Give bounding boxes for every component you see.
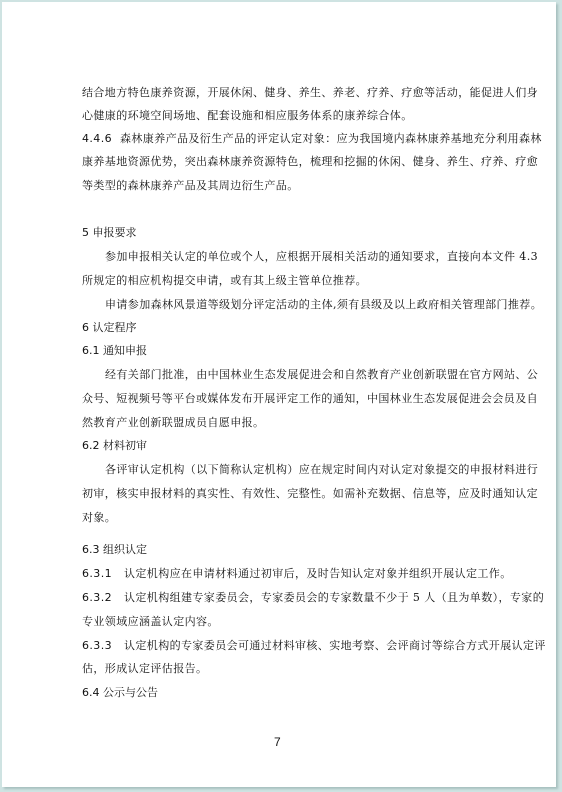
section-heading-6: 6 认定程序 [82, 321, 137, 335]
paragraph-line: 经有关部门批准，由中国林业生态发展促进会和自然教育产业创新联盟在官方网站、公 [105, 368, 538, 382]
section-heading-6-3: 6.3 组织认定 [82, 543, 147, 557]
section-heading-6-1: 6.1 通知申报 [82, 344, 147, 358]
section-heading-6-4: 6.4 公示与公告 [82, 686, 158, 700]
clause-text: 森林康养产品及衍生产品的评定认定对象：应为我国境内森林康养基地充分利用森林 [120, 132, 542, 145]
clause-number: 6.3.1 [82, 567, 112, 580]
document-page: 结合地方特色康养资源，开展休闲、健身、养生、养老、疗养、疗愈等活动，能促进人们身… [2, 2, 556, 787]
paragraph-line: 申请参加森林风景道等级划分评定活动的主体,须有县级及以上政府相关管理部门推荐。 [105, 298, 542, 312]
clause-6-3-3: 6.3.3认定机构的专家委员会可通过材料审核、实地考察、会评商讨等综合方式开展认… [82, 639, 546, 653]
section-heading-6-2: 6.2 材料初审 [82, 439, 147, 453]
paragraph-line: 所规定的相应机构提交申请，或有其上级主管单位推荐。 [82, 274, 367, 288]
paragraph-line: 参加申报相关认定的单位或个人，应根据开展相关活动的通知要求，直接向本文件 4.3 [105, 250, 538, 264]
paragraph-line: 对象。 [82, 511, 116, 525]
paragraph-line: 各评审认定机构（以下简称认定机构）应在规定时间内对认定对象提交的申报材料进行 [105, 463, 538, 477]
paragraph-line: 心健康的环境空间场地、配套设施和相应服务体系的康养综合体。 [82, 109, 413, 123]
clause-text: 认定机构组建专家委员会，专家委员会的专家数量不少于 5 人（且为单数），专家的 [124, 591, 544, 604]
clause-4-4-6: 4.4.6森林康养产品及衍生产品的评定认定对象：应为我国境内森林康养基地充分利用… [82, 132, 542, 146]
paragraph-line: 估，形成认定评估报告。 [82, 662, 207, 676]
paragraph-line: 众号、短视频号等平台或媒体发布开展评定工作的通知，中国林业生态发展促进会会员及自 [82, 392, 538, 406]
clause-6-3-1: 6.3.1认定机构应在申请材料通过初审后，及时告知认定对象并组织开展认定工作。 [82, 567, 512, 581]
paragraph-line: 等类型的森林康养产品及其周边衍生产品。 [82, 179, 299, 193]
paragraph-line: 结合地方特色康养资源，开展休闲、健身、养生、养老、疗养、疗愈等活动，能促进人们身 [82, 86, 538, 100]
paragraph-line: 专业领域应涵盖认定内容。 [82, 615, 219, 629]
clause-6-3-2: 6.3.2认定机构组建专家委员会，专家委员会的专家数量不少于 5 人（且为单数）… [82, 591, 544, 605]
paragraph-line: 康养基地资源优势，突出森林康养资源特色，梳理和挖掘的休闲、健身、养生、疗养、疗愈 [82, 155, 538, 169]
clause-text: 认定机构的专家委员会可通过材料审核、实地考察、会评商讨等综合方式开展认定评 [124, 639, 546, 652]
page-number: 7 [274, 735, 281, 749]
clause-text: 认定机构应在申请材料通过初审后，及时告知认定对象并组织开展认定工作。 [124, 567, 512, 580]
clause-number: 4.4.6 [82, 132, 112, 145]
clause-number: 6.3.3 [82, 639, 112, 652]
paragraph-line: 然教育产业创新联盟成员自愿申报。 [82, 416, 264, 430]
section-heading-5: 5 申报要求 [82, 226, 137, 240]
clause-number: 6.3.2 [82, 591, 112, 604]
paragraph-line: 初审，核实申报材料的真实性、有效性、完整性。如需补充数据、信息等，应及时通知认定 [82, 487, 538, 501]
